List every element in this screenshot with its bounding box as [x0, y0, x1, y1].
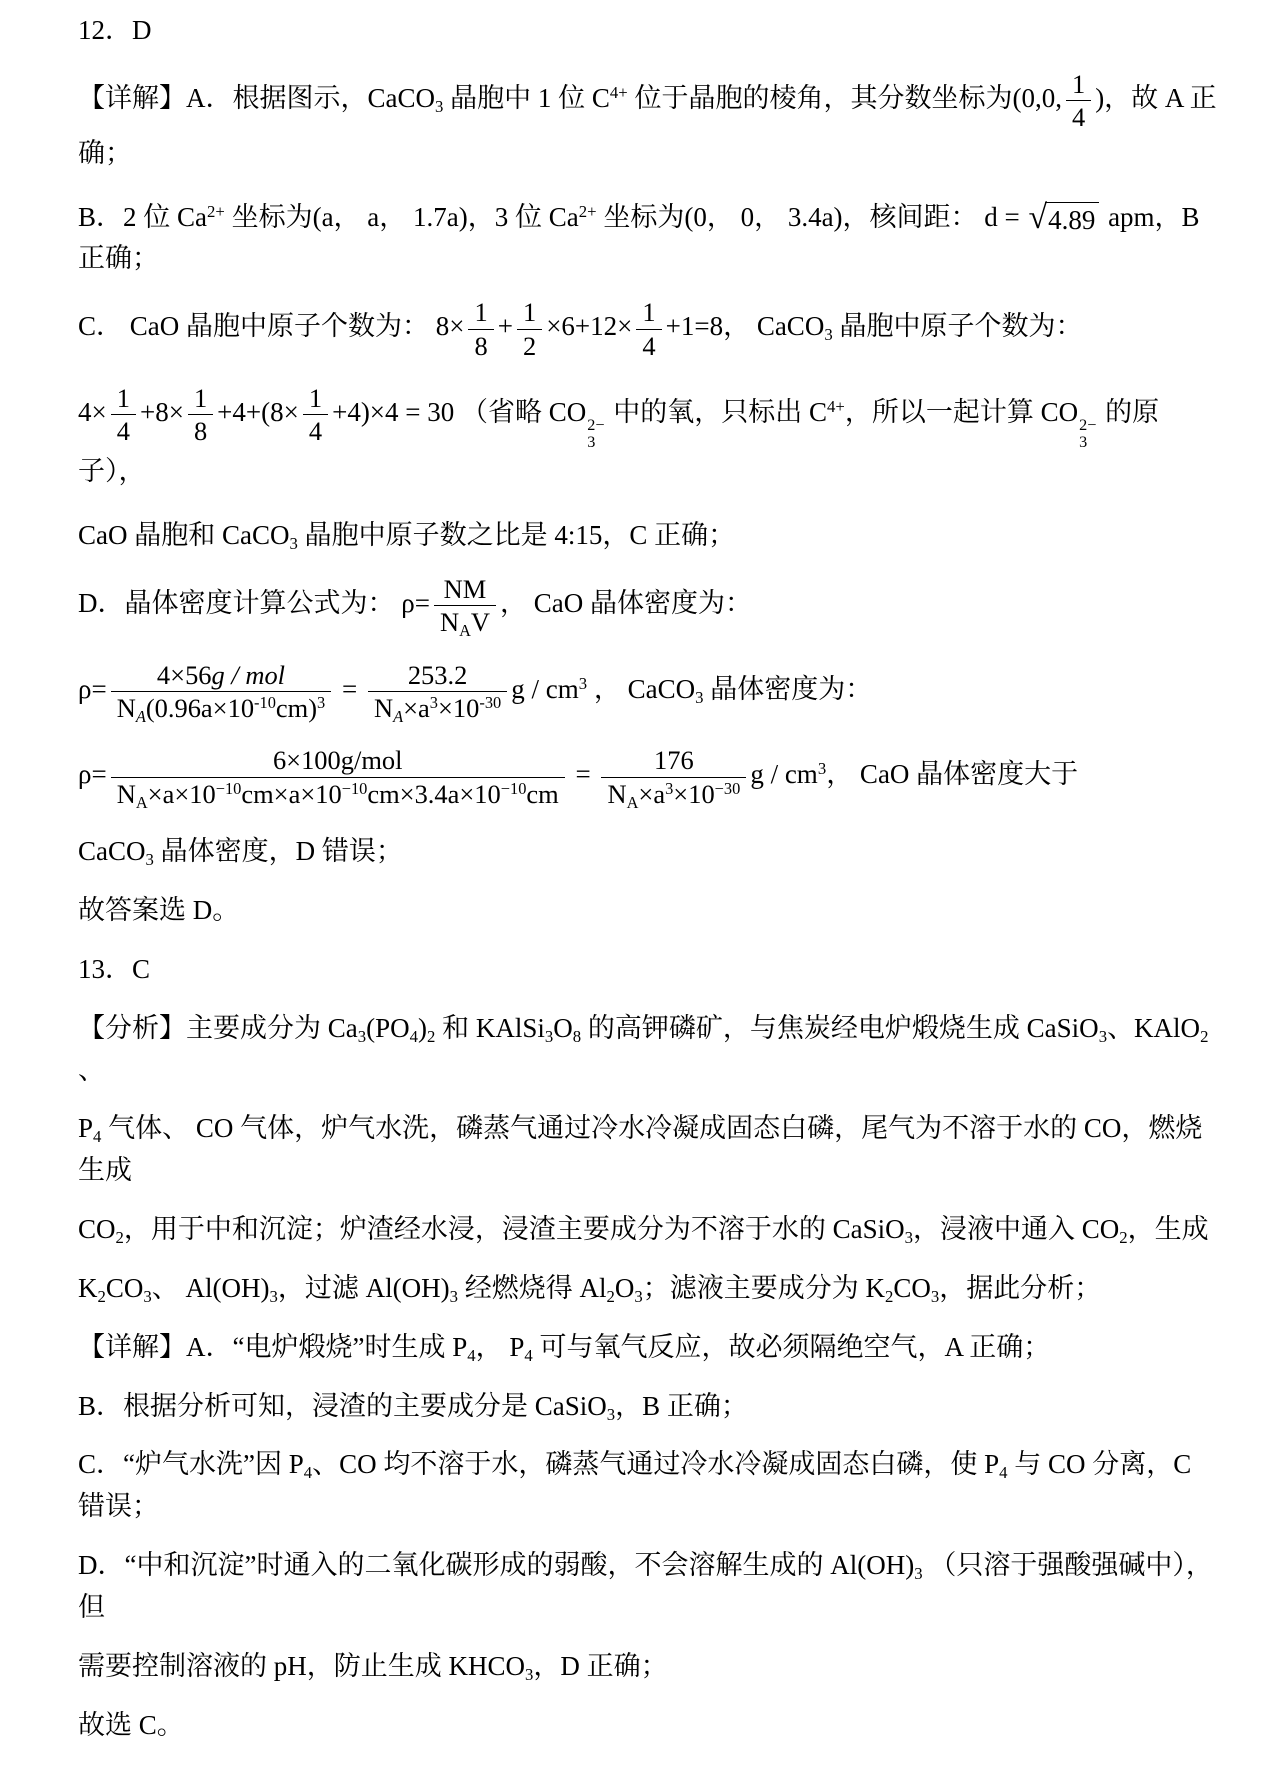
document-body: 12．D【详解】A．根据图示，CaCO3 晶胞中 1 位 C4+ 位于晶胞的棱角… [78, 10, 1219, 1746]
text-run: 和 KAlSi [435, 1013, 545, 1043]
text-run: 13．C [78, 954, 150, 984]
text-run: 6×100g/mol [273, 745, 403, 775]
text-run: N [374, 693, 393, 723]
detail-13-c: C．“炉气水洗”因 P4、CO 均不溶于水，磷蒸气通过冷水冷凝成固态白磷，使 P… [78, 1444, 1219, 1528]
text-run: 2 [523, 331, 536, 361]
detail-12-c-ratio: CaO 晶胞和 CaCO3 晶胞中原子数之比是 4:15，C 正确； [78, 515, 1219, 557]
text-run: N [440, 607, 459, 637]
text-run: CO [78, 1214, 116, 1244]
subscript: 4 [524, 1346, 532, 1365]
answer-12-final: 故答案选 D。 [78, 890, 1219, 932]
fraction: 14 [303, 383, 328, 447]
text-run: C． CaO 晶胞中原子个数为： 8× [78, 311, 464, 341]
text-run: 、 [78, 1055, 105, 1085]
fraction-denominator: 2 [517, 330, 542, 361]
subscript: 3 [358, 1027, 366, 1046]
text-run: ，生成 [1128, 1214, 1209, 1244]
detail-13-b: B．根据分析可知，浸渣的主要成分是 CaSiO3，B 正确； [78, 1386, 1219, 1428]
text-run: ρ= [78, 759, 107, 789]
subscript: 3 [905, 1228, 913, 1247]
superscript: -10 [254, 693, 276, 712]
text-run: ，据此分析； [939, 1273, 1101, 1303]
text-run: 需要控制溶液的 pH，防止生成 KHCO [78, 1651, 525, 1681]
text-run: 【分析】主要成分为 Ca [78, 1013, 358, 1043]
superscript: 3 [430, 693, 438, 712]
text-run: ) [418, 1013, 427, 1043]
text-run: 晶胞中 1 位 C [443, 83, 610, 113]
text-run: NM [444, 574, 487, 604]
fraction: 14 [636, 297, 661, 361]
detail-13-a: 【详解】A．“电炉煅烧”时生成 P4， P4 可与氧气反应，故必须隔绝空气，A … [78, 1327, 1219, 1369]
fraction-numerator: 253.2 [368, 660, 507, 692]
text-run: cm×a×10 [241, 779, 341, 809]
fraction-denominator: 4 [1066, 101, 1091, 132]
answer-13-final: 故选 C。 [78, 1705, 1219, 1747]
text-run: 8 [194, 416, 207, 446]
text-run: ×6+12× [546, 311, 632, 341]
text-run: CaCO [78, 836, 146, 866]
density-formula-caco3: ρ=6×100g/molNA×a×10−10cm×a×10−10cm×3.4a×… [78, 745, 1219, 809]
subscript: A [136, 707, 146, 726]
text-run: O [553, 1013, 573, 1043]
subscript: 4 [999, 1463, 1007, 1482]
text-run: ρ= [78, 674, 107, 704]
subscript: 3 [824, 325, 832, 344]
text-run: g / cm [511, 674, 579, 704]
text-run: ，所以一起计算 CO [845, 397, 1078, 427]
text-run: ，用于中和沉淀；炉渣经水浸，浸渣主要成分为不溶于水的 CaSiO [124, 1214, 905, 1244]
detail-12-c: C． CaO 晶胞中原子个数为： 8×18+12×6+12×14+1=8， Ca… [78, 297, 1219, 361]
detail-13-d-cont: 需要控制溶液的 pH，防止生成 KHCO3，D 正确； [78, 1646, 1219, 1688]
text-run: D．“中和沉淀”时通入的二氧化碳形成的弱酸，不会溶解生成的 Al(OH) [78, 1550, 914, 1580]
text-run: +4)×4 = 30 （省略 CO [332, 397, 586, 427]
text-run: ， P [476, 1332, 525, 1362]
text-run: 4 [117, 416, 130, 446]
fraction-numerator: 1 [636, 297, 661, 329]
text-run: 坐标为(0， 0， 3.4a)，核间距： d = [597, 202, 1027, 232]
subscript: 3 [634, 1287, 642, 1306]
subscript: 3 [1099, 1027, 1107, 1046]
superscript: 2+ [579, 201, 597, 220]
text-run: cm [526, 779, 558, 809]
fraction-denominator: 8 [468, 330, 493, 361]
fraction: 18 [468, 297, 493, 361]
superscript: 2− [1079, 417, 1096, 434]
subscript: 3 [587, 434, 595, 451]
text-run: 故选 C。 [78, 1710, 184, 1740]
text-run: +4+(8× [217, 397, 299, 427]
superscript: 3 [317, 693, 325, 712]
text-run: 【详解】A．根据图示，CaCO [78, 83, 435, 113]
fraction: 12 [517, 297, 542, 361]
detail-12-a: 【详解】A．根据图示，CaCO3 晶胞中 1 位 C4+ 位于晶胞的棱角，其分数… [78, 69, 1219, 175]
text-run: +8× [140, 397, 184, 427]
fraction-numerator: 1 [1066, 69, 1091, 101]
text-run: O [615, 1273, 635, 1303]
subscript: 2 [98, 1287, 106, 1306]
detail-12-c-formula: 4×14+8×18+4+(8×14+4)×4 = 30 （省略 CO2−3 中的… [78, 383, 1219, 493]
subscript: 3 [450, 1287, 458, 1306]
text-run: C．“炉气水洗”因 P [78, 1449, 304, 1479]
text-run: K [78, 1273, 98, 1303]
text-run: 4 [309, 416, 322, 446]
fraction-denominator: 4 [636, 330, 661, 361]
fraction: 4×56g / molNA(0.96a×10-10cm)3 [111, 660, 332, 724]
fraction-denominator: NA×a3×10−30 [601, 778, 746, 809]
text-run: N [117, 779, 136, 809]
text-run: V [471, 607, 490, 637]
text-run: 【详解】A．“电炉煅烧”时生成 P [78, 1332, 467, 1362]
subscript: 3 [914, 1564, 922, 1583]
radical-sign-icon: √ [1029, 201, 1048, 235]
text-run: 、 Al(OH) [152, 1273, 270, 1303]
text-run: 的高钾磷矿，与焦炭经电炉煅烧生成 CaSiO [581, 1013, 1099, 1043]
text-run: 1 [642, 297, 655, 327]
text-run: 晶胞中原子个数为： [833, 311, 1083, 341]
text-run: 中的氧，只标出 C [607, 397, 828, 427]
text-run: 气体、 CO 气体，炉气水洗，磷蒸气通过冷水冷凝成固态白磷，尾气为不溶于水的 C… [78, 1113, 1202, 1185]
subscript: 2 [1119, 1228, 1127, 1247]
text-run: 晶胞中原子数之比是 4:15，C 正确； [298, 520, 735, 550]
text-run: cm×3.4a×10 [367, 779, 500, 809]
subscript: 2 [116, 1228, 124, 1247]
answer-12-header: 12．D [78, 10, 1219, 52]
text-run: 1 [1072, 69, 1085, 99]
text-run: ×a [638, 779, 665, 809]
text-run: ，浸液中通入 CO [913, 1214, 1119, 1244]
answer-sheet-page: 12．D【详解】A．根据图示，CaCO3 晶胞中 1 位 C4+ 位于晶胞的棱角… [0, 0, 1279, 1777]
text-run: CO [893, 1273, 931, 1303]
text-run: 4× [78, 397, 107, 427]
subscript: 3 [1079, 434, 1087, 451]
fraction-numerator: 176 [601, 745, 746, 777]
text-run: g / cm [750, 759, 818, 789]
fraction-denominator: 4 [303, 415, 328, 446]
text-run: 4×56 [157, 660, 212, 690]
text-run: 1 [117, 383, 130, 413]
text-run: 故答案选 D。 [78, 895, 239, 925]
text-run: ×a [403, 693, 430, 723]
superscript: 2+ [207, 201, 225, 220]
subscript: A [393, 707, 403, 726]
text-run: 1 [309, 383, 322, 413]
text-run: 晶体密度，D 错误； [154, 836, 403, 866]
fraction-numerator: 6×100g/mol [111, 745, 565, 777]
superscript: −10 [501, 779, 527, 798]
text-run: ， CaO 晶体密度大于 [826, 759, 1078, 789]
subscript: A [136, 793, 148, 812]
subscript: 8 [573, 1027, 581, 1046]
subscript: 4 [304, 1463, 312, 1482]
superscript: 2− [587, 417, 604, 434]
density-formula-cao: ρ=4×56g / molNA(0.96a×10-10cm)3 = 253.2N… [78, 660, 1219, 724]
subscript: 3 [607, 1405, 615, 1424]
fraction: 176NA×a3×10−30 [601, 745, 746, 809]
subscript: 4 [467, 1346, 475, 1365]
subscript: A [627, 793, 639, 812]
text-run: D．晶体密度计算公式为： ρ= [78, 588, 430, 618]
square-root: √4.89 [1029, 202, 1100, 236]
text-run: cm) [276, 693, 317, 723]
text-run: + [498, 311, 513, 341]
text-run: 、CO 均不溶于水，磷蒸气通过冷水冷凝成固态白磷，使 P [312, 1449, 999, 1479]
detail-12-d: D．晶体密度计算公式为： ρ=NMNAV， CaO 晶体密度为： [78, 574, 1219, 638]
superscript: 4+ [827, 397, 845, 416]
fraction-denominator: NAV [434, 606, 496, 637]
superscript: 3 [818, 759, 826, 778]
stacked-sub-sup: 2−3 [1079, 417, 1096, 451]
text-run: g / mol [212, 660, 285, 690]
fraction-numerator: NM [434, 574, 496, 606]
text-run: ×a×10 [148, 779, 216, 809]
text-run: (0.96a×10 [146, 693, 254, 723]
fraction: 18 [188, 383, 213, 447]
text-run: B．2 位 Ca [78, 202, 207, 232]
text-run: +1=8， CaCO [666, 311, 825, 341]
subscript: 3 [290, 534, 298, 553]
text-run: ，D 正确； [533, 1651, 667, 1681]
superscript: −30 [715, 779, 741, 798]
text-run: 253.2 [408, 660, 468, 690]
text-run: (PO [366, 1013, 410, 1043]
subscript: 3 [931, 1287, 939, 1306]
fraction-numerator: 1 [303, 383, 328, 415]
text-run: 4 [642, 331, 655, 361]
stacked-sub-sup: 2−3 [587, 417, 604, 451]
text-run: 可与氧气反应，故必须隔绝空气，A 正确； [533, 1332, 1051, 1362]
superscript: -30 [479, 693, 501, 712]
subscript: 2 [1200, 1027, 1208, 1046]
detail-12-b: B．2 位 Ca2+ 坐标为(a， a， 1.7a)，3 位 Ca2+ 坐标为(… [78, 197, 1219, 281]
fraction-numerator: 4×56g / mol [111, 660, 332, 692]
text-run: 8 [474, 331, 487, 361]
text-run: P [78, 1113, 93, 1143]
text-run: = [569, 759, 598, 789]
text-run: ×10 [438, 693, 479, 723]
fraction: 253.2NA×a3×10-30 [368, 660, 507, 724]
text-run: 晶体密度为： [703, 674, 872, 704]
text-run: N [117, 693, 136, 723]
superscript: −10 [342, 779, 368, 798]
text-run: N [607, 779, 626, 809]
fraction-numerator: 1 [188, 383, 213, 415]
analysis-13-line2: P4 气体、 CO 气体，炉气水洗，磷蒸气通过冷水冷凝成固态白磷，尾气为不溶于水… [78, 1108, 1219, 1192]
text-run: CaO 晶胞和 CaCO [78, 520, 290, 550]
fraction-numerator: 1 [111, 383, 136, 415]
fraction-denominator: 8 [188, 415, 213, 446]
subscript: 3 [143, 1287, 151, 1306]
text-run: 1 [474, 297, 487, 327]
text-run: 176 [654, 745, 694, 775]
superscript: 3 [579, 673, 587, 692]
fraction-denominator: NA×a3×10-30 [368, 692, 507, 723]
analysis-13-line4: K2CO3、 Al(OH)3，过滤 Al(OH)3 经燃烧得 Al2O3；滤液主… [78, 1268, 1219, 1310]
text-run: ，过滤 Al(OH) [278, 1273, 450, 1303]
text-run: 、KAlO [1107, 1013, 1200, 1043]
text-run: 坐标为(a， a， 1.7a)，3 位 Ca [225, 202, 579, 232]
text-run: 4 [1072, 102, 1085, 132]
fraction: NMNAV [434, 574, 496, 638]
subscript: A [459, 621, 471, 640]
subscript: 4 [410, 1027, 418, 1046]
text-run: 位于晶胞的棱角，其分数坐标为(0,0, [628, 83, 1062, 113]
analysis-13-line1: 【分析】主要成分为 Ca3(PO4)2 和 KAlSi3O8 的高钾磷矿，与焦炭… [78, 1008, 1219, 1092]
text-run: 12．D [78, 15, 152, 45]
fraction-numerator: 1 [517, 297, 542, 329]
text-run: B．根据分析可知，浸渣的主要成分是 CaSiO [78, 1391, 607, 1421]
fraction-denominator: 4 [111, 415, 136, 446]
superscript: 4+ [610, 83, 628, 102]
text-run: ， CaCO [587, 674, 695, 704]
fraction-denominator: NA(0.96a×10-10cm)3 [111, 692, 332, 723]
text-run: ， CaO 晶体密度为： [500, 588, 752, 618]
fraction: 14 [1066, 69, 1091, 133]
text-run: ，B 正确； [615, 1391, 748, 1421]
text-run: 经燃烧得 Al [458, 1273, 607, 1303]
subscript: 3 [146, 850, 154, 869]
radicand: 4.89 [1045, 202, 1099, 236]
analysis-13-line3: CO2，用于中和沉淀；炉渣经水浸，浸渣主要成分为不溶于水的 CaSiO3，浸液中… [78, 1209, 1219, 1251]
text-run: 1 [523, 297, 536, 327]
superscript: −10 [216, 779, 242, 798]
text-run: 1 [194, 383, 207, 413]
text-run: ×10 [673, 779, 714, 809]
fraction: 14 [111, 383, 136, 447]
answer-13-header: 13．C [78, 949, 1219, 991]
fraction-denominator: NA×a×10−10cm×a×10−10cm×3.4a×10−10cm [111, 778, 565, 809]
fraction-numerator: 1 [468, 297, 493, 329]
text-run: ；滤液主要成分为 K [643, 1273, 885, 1303]
text-run: = [335, 674, 364, 704]
fraction: 6×100g/molNA×a×10−10cm×a×10−10cm×3.4a×10… [111, 745, 565, 809]
subscript: 2 [606, 1287, 614, 1306]
subscript: 3 [270, 1287, 278, 1306]
text-run: CO [106, 1273, 144, 1303]
detail-12-d-conclusion: CaCO3 晶体密度，D 错误； [78, 831, 1219, 873]
detail-13-d: D．“中和沉淀”时通入的二氧化碳形成的弱酸，不会溶解生成的 Al(OH)3 （只… [78, 1545, 1219, 1629]
